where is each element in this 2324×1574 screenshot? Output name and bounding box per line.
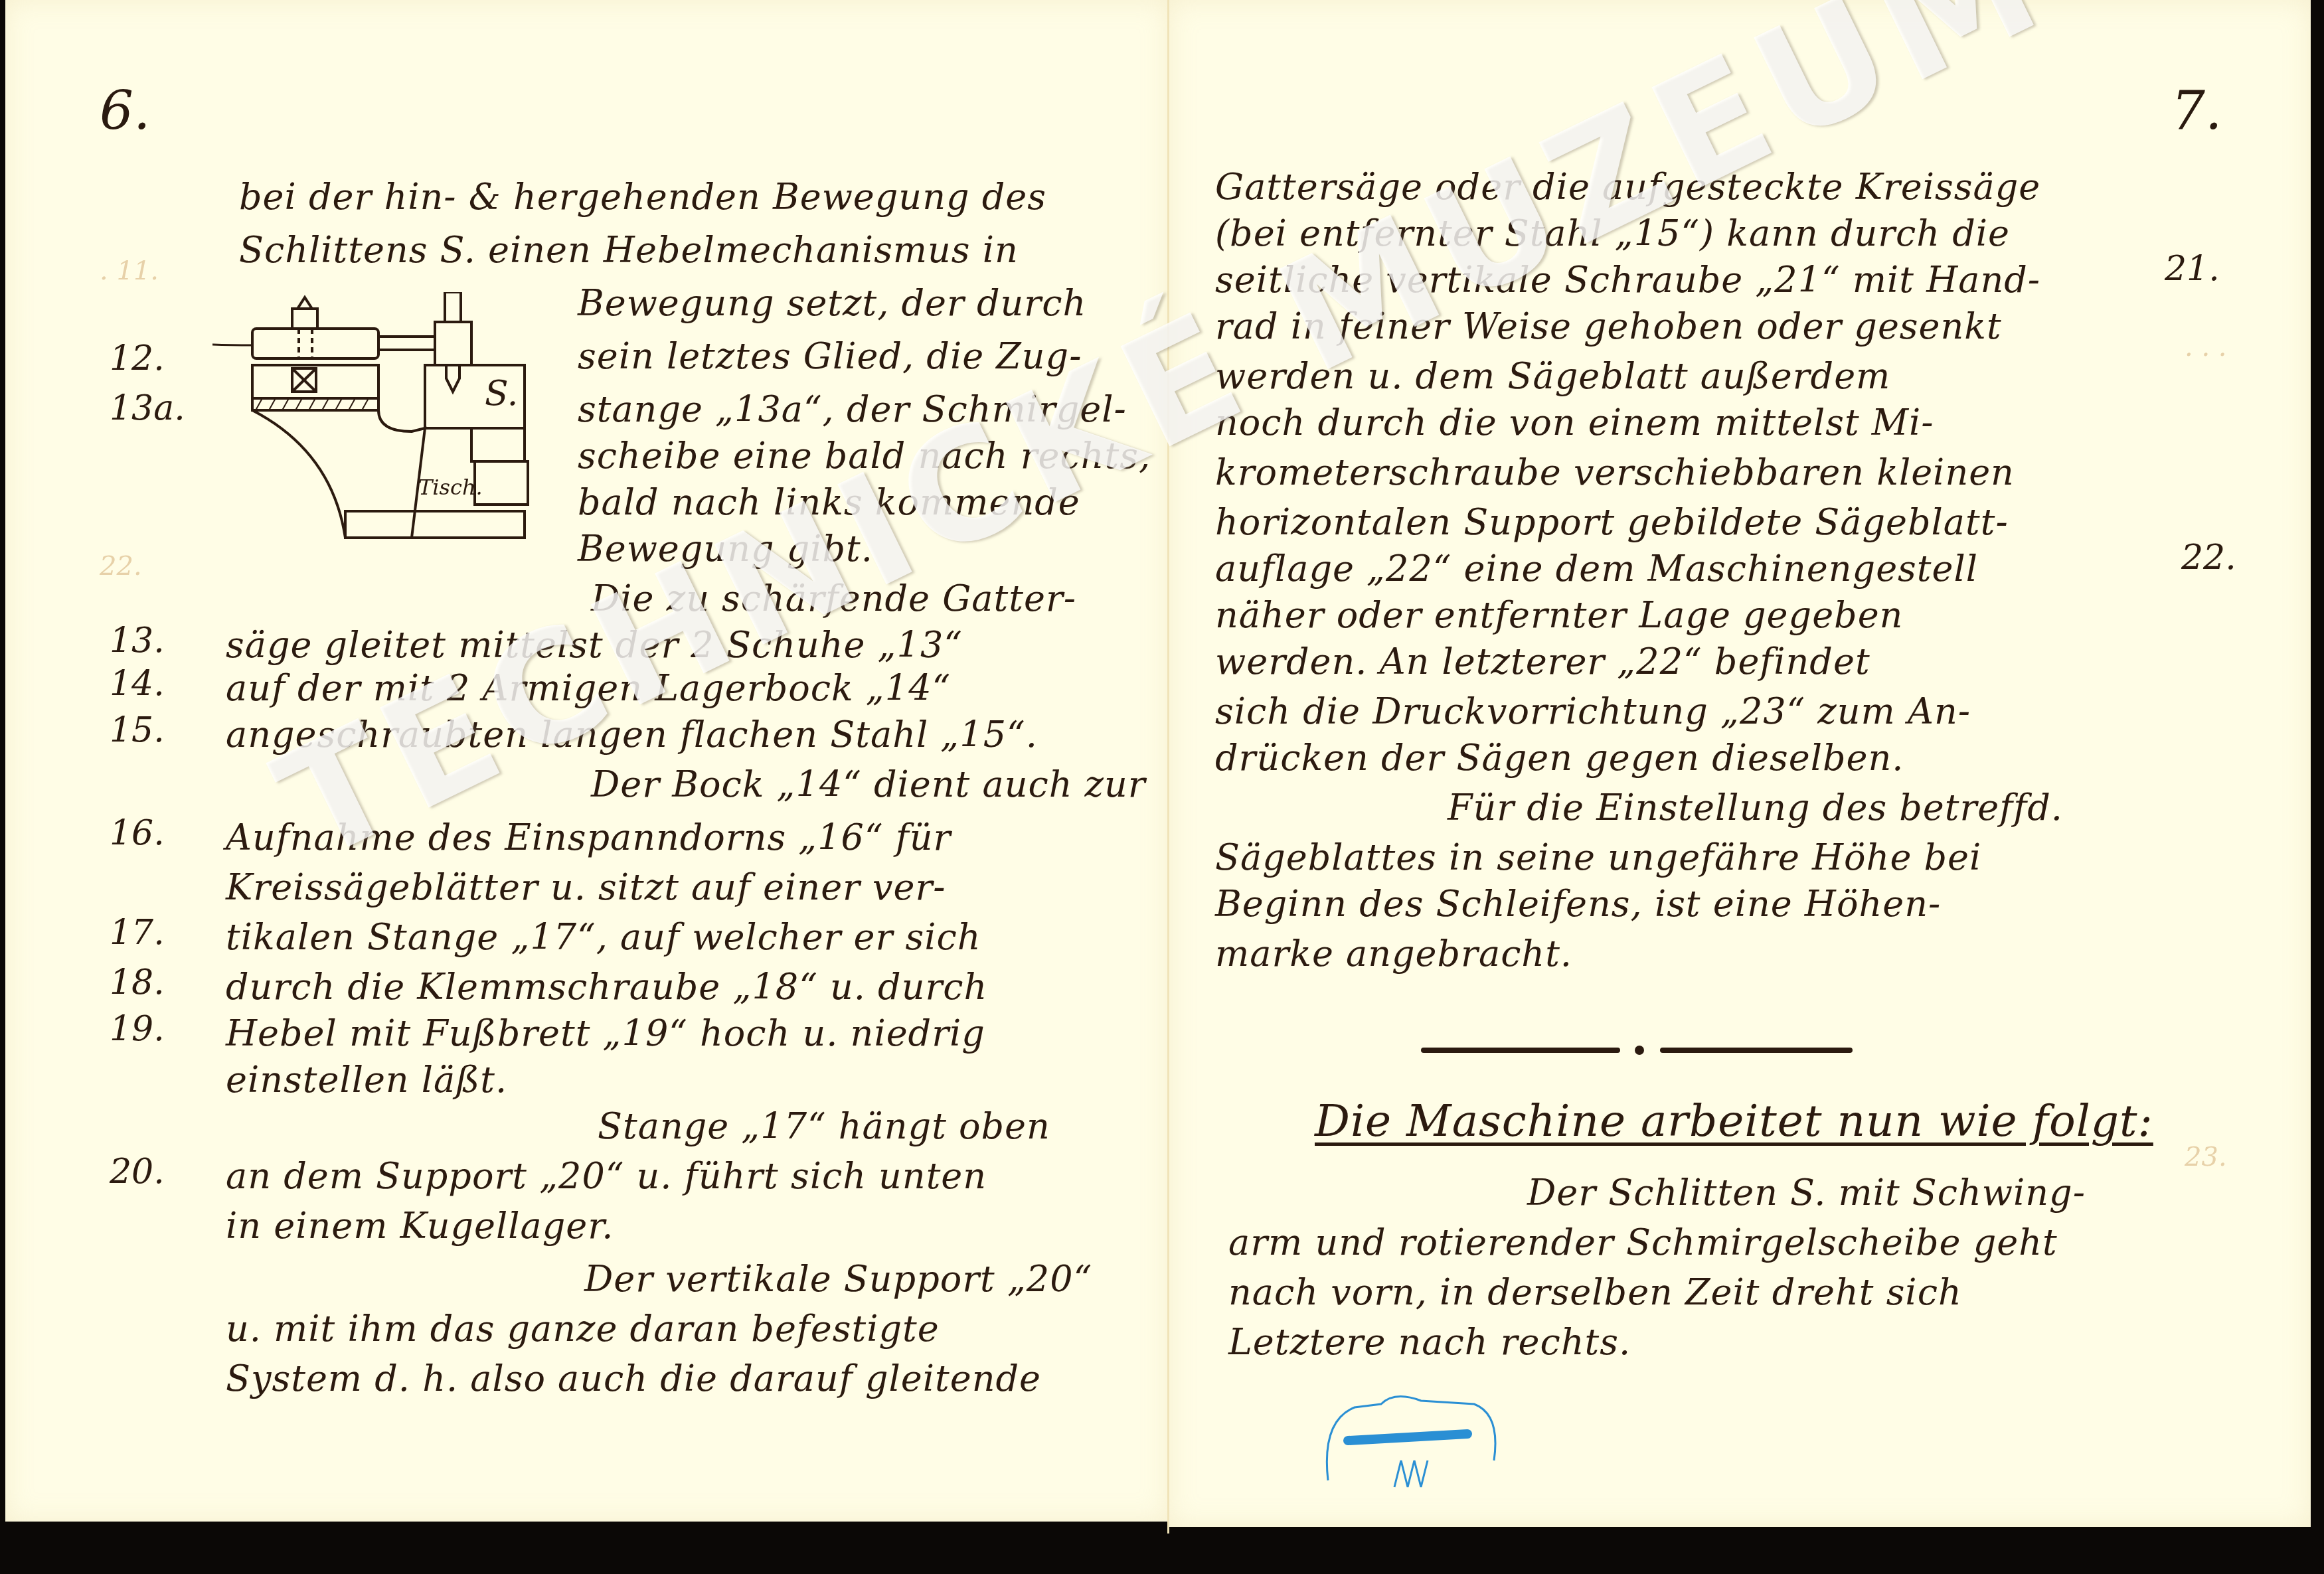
blue-pencil-mark [1315, 1381, 1514, 1500]
margin-number: 16. [110, 813, 165, 853]
text-line: Beginn des Schleifens, ist eine Höhen- [1215, 883, 1941, 925]
text-line: auflage „22“ eine dem Maschinengestell [1215, 548, 1978, 590]
text-line: krometerschraube verschiebbaren kleinen [1215, 451, 2015, 493]
section-heading: Die Maschine arbeitet nun wie folgt: [1315, 1095, 2153, 1146]
bleed-through-mark: . 11. [100, 256, 159, 286]
text-line: Hebel mit Fußbrett „19“ hoch u. niedrig [226, 1012, 985, 1054]
page-gutter [1167, 0, 1169, 1534]
text-line: durch die Klemmschraube „18“ u. durch [226, 966, 987, 1008]
margin-number: 14. [110, 664, 165, 704]
sketch-label-slide: S. [485, 374, 518, 414]
text-line: u. mit ihm das ganze daran befestigte [226, 1308, 940, 1350]
margin-number: 20. [110, 1152, 165, 1192]
margin-number: 13a. [110, 388, 185, 428]
section-heading-text: Die Maschine arbeitet nun wie folgt: [1315, 1095, 2153, 1146]
text-line: Der Schlitten S. mit Schwing- [1527, 1172, 2086, 1214]
text-line: näher oder entfernter Lage gegeben [1215, 594, 1903, 636]
margin-number: 21. [2165, 249, 2220, 289]
text-line: in einem Kugellager. [226, 1205, 614, 1247]
text-line: Stange „17“ hängt oben [598, 1105, 1050, 1147]
text-line: tikalen Stange „17“, auf welcher er sich [226, 916, 981, 958]
text-line: Für die Einstellung des betreffd. [1448, 787, 2063, 828]
margin-number: 17. [110, 913, 165, 953]
text-line: einstellen läßt. [226, 1059, 507, 1101]
text-line: werden. An letzterer „22“ befindet [1215, 641, 1870, 682]
margin-number: 13. [110, 621, 165, 661]
bleed-through-mark: 23. [2185, 1142, 2227, 1172]
text-line: drücken der Sägen gegen dieselben. [1215, 737, 1904, 779]
bleed-through-mark: 22. [100, 551, 142, 582]
text-line: horizontalen Support gebildete Sägeblatt… [1215, 501, 2009, 543]
margin-number: 19. [110, 1009, 165, 1049]
section-divider-right [1660, 1048, 1853, 1053]
text-line: arm und rotierender Schmirgelscheibe geh… [1228, 1221, 2058, 1263]
text-line: Der Bock „14“ dient auch zur [591, 763, 1146, 805]
margin-number: 15. [110, 710, 165, 750]
margin-number: 22. [2181, 538, 2236, 578]
text-line: System d. h. also auch die darauf gleite… [226, 1358, 1041, 1399]
text-line: marke angebracht. [1215, 933, 1572, 975]
text-line: Sägeblattes in seine ungefähre Höhe bei [1215, 836, 1981, 878]
text-line: bei der hin- & hergehenden Bewegung des [239, 176, 1046, 218]
margin-number: 18. [110, 963, 165, 1002]
sketch-label-table: Tisch. [418, 475, 483, 500]
text-line: Bewegung setzt, der durch [578, 282, 1086, 324]
text-line: Der vertikale Support „20“ [584, 1258, 1092, 1300]
left-page-number: 6. [100, 80, 150, 141]
margin-number: 12. [110, 339, 165, 378]
text-line: an dem Support „20“ u. führt sich unten [226, 1155, 987, 1197]
text-line: Schlittens S. einen Hebelmechanismus in [239, 229, 1019, 271]
section-divider-left [1421, 1048, 1620, 1053]
text-line: nach vorn, in derselben Zeit dreht sich [1228, 1271, 1962, 1313]
machine-sketch: S. Tisch. [212, 292, 544, 558]
text-line: Letztere nach rechts. [1228, 1321, 1631, 1363]
section-divider-dot [1635, 1046, 1644, 1055]
bleed-through-mark: . . . [2185, 332, 2227, 362]
text-line: sich die Druckvorrichtung „23“ zum An- [1215, 690, 1971, 732]
right-page-number: 7. [2171, 80, 2222, 141]
